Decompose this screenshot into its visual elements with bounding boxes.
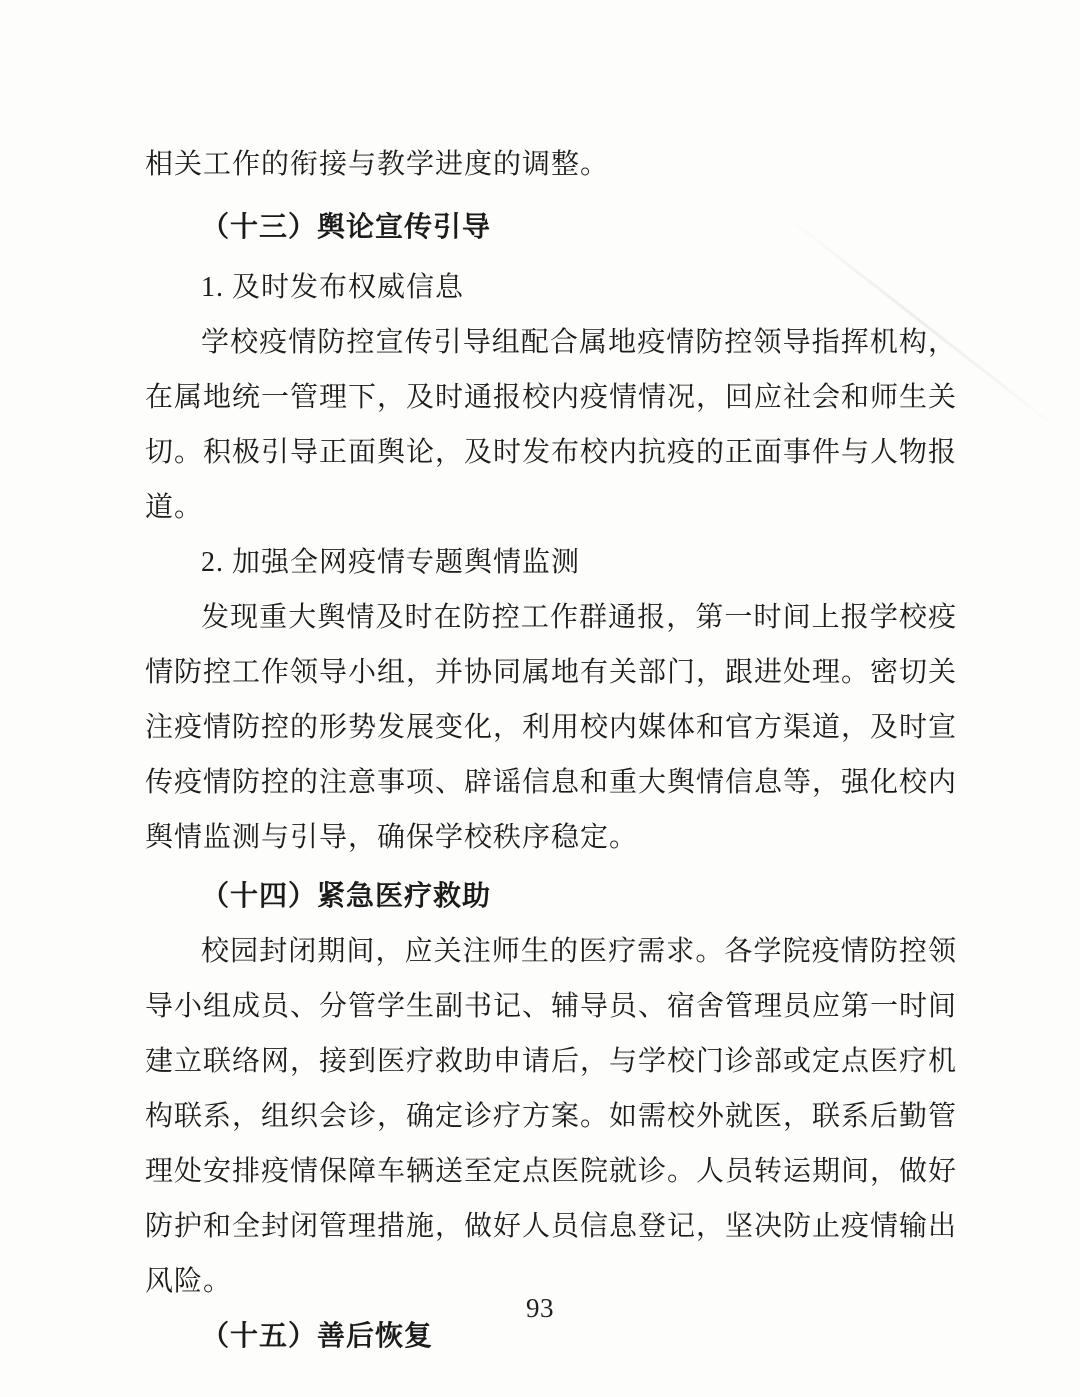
page-number: 93 [0,1293,1080,1324]
section-heading-14: （十四）紧急医疗救助 [145,869,957,924]
paragraph: 学校疫情防控宣传引导组配合属地疫情防控领导指挥机构，在属地统一管理下，及时通报校… [145,315,957,535]
numbered-item-2: 2. 加强全网疫情专题舆情监测 [145,535,957,590]
document-page: 相关工作的衔接与教学进度的调整。 （十三）舆论宣传引导 1. 及时发布权威信息 … [0,0,1080,1397]
paragraph: 校园封闭期间，应关注师生的医疗需求。各学院疫情防控领导小组成员、分管学生副书记、… [145,924,957,1309]
numbered-item-1: 1. 及时发布权威信息 [145,260,957,315]
document-content: 相关工作的衔接与教学进度的调整。 （十三）舆论宣传引导 1. 及时发布权威信息 … [145,137,957,1364]
paragraph-continuation: 相关工作的衔接与教学进度的调整。 [145,137,957,192]
paragraph: 发现重大舆情及时在防控工作群通报，第一时间上报学校疫情防控工作领导小组，并协同属… [145,590,957,865]
section-heading-13: （十三）舆论宣传引导 [145,200,957,255]
